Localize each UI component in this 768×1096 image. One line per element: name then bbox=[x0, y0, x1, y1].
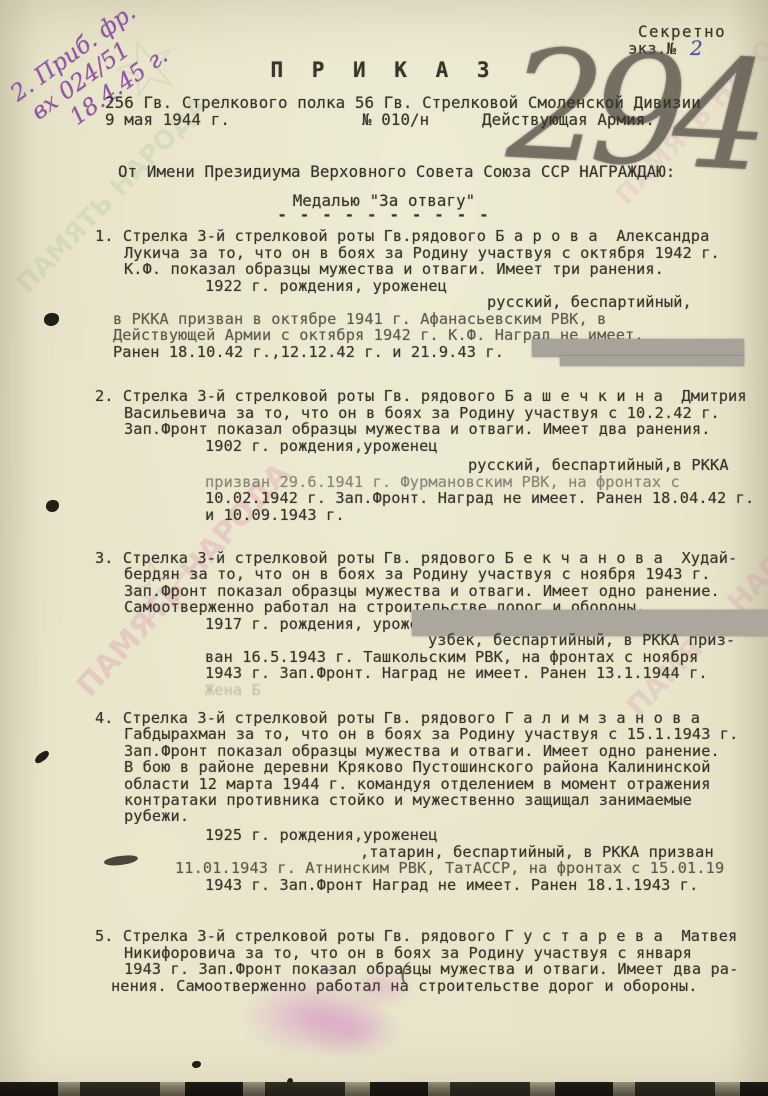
scan-bottom-edge bbox=[0, 1082, 768, 1096]
order-date: 9 мая 1944 г. bbox=[105, 110, 230, 129]
order-title: П Р И К А З bbox=[0, 58, 768, 82]
medal-underline: - - - - - - - - - - bbox=[0, 206, 768, 224]
entry-2-line: 2. Стрелка 3-й стрелковой роты Гв. рядов… bbox=[95, 387, 747, 405]
entry-2-line: 10.02.1942 г. Зап.Фронт. Наград не имеет… bbox=[205, 489, 754, 507]
entry-1-line: Ранен 18.10.42 г.,12.12.42 г. и 21.9.43 … bbox=[113, 343, 504, 361]
entry-3-line: узбек, беспартийный, в РККА приз- bbox=[428, 631, 735, 649]
ink-blot bbox=[192, 1061, 201, 1068]
ink-blot bbox=[104, 854, 139, 867]
entry-4-line: Габдырахман за то, что он в боях за Роди… bbox=[124, 725, 738, 743]
entry-2-line: 1902 г. рождения,уроженец bbox=[205, 437, 438, 455]
ink-stain bbox=[300, 1002, 405, 1060]
entry-4-line: В бою в районе деревни Кряково Пустошинс… bbox=[124, 758, 711, 776]
entry-3-line: бердян за то, что он в боях за Родину уч… bbox=[124, 565, 711, 583]
entry-5-line: 1943 г. Зап.Фронт показал образцы мужест… bbox=[124, 960, 738, 978]
preamble: От Имени Президиума Верховного Совета Со… bbox=[118, 162, 675, 181]
entry-1-line: 1. Стрелка 3-й стрелковой роты Гв.рядово… bbox=[95, 227, 709, 245]
entry-2-line: русский, беспартийный,в РККА bbox=[468, 456, 729, 474]
ink-blot bbox=[33, 750, 51, 765]
entry-1-line: 1922 г. рождения, уроженец bbox=[205, 277, 447, 295]
document-page: ПАМЯТЬ НАРОДА ☆ ПАМЯТЬ НАРОДА ☆ ПАМЯТЬ Н… bbox=[0, 0, 768, 1096]
redaction-block bbox=[560, 356, 744, 366]
entry-4-line: 1943 г. Зап.Фронт Наград не имеет. Ранен… bbox=[205, 876, 698, 894]
entry-3-line: 1943 г. Зап.Фронт. Наград не имеет. Ране… bbox=[205, 664, 708, 682]
entry-4-line: 11.01.1943 г. Атнинским РВК, ТатАССР, на… bbox=[175, 859, 724, 877]
ink-stain-stroke: ( bbox=[400, 958, 409, 986]
entry-2-line: Зап.Фронт показал образцы мужества и отв… bbox=[124, 420, 711, 438]
entry-1-line: русский, беспартийный, bbox=[487, 293, 692, 311]
entry-4-line: 1925 г. рождения,уроженец bbox=[205, 826, 438, 844]
order-number: № 010/н bbox=[362, 110, 429, 129]
entry-4-line: контратаки противника стойко и мужествен… bbox=[124, 791, 692, 809]
entry-1-line: К.Ф. показал образцы мужества и отваги. … bbox=[124, 260, 664, 278]
entry-5-line: 5. Стрелка 3-й стрелковой роты Гв. рядов… bbox=[95, 927, 737, 945]
entry-2-line: и 10.09.1943 г. bbox=[205, 506, 345, 524]
redaction-block bbox=[532, 339, 744, 357]
ink-blot bbox=[44, 313, 59, 326]
ink-blot bbox=[46, 500, 59, 512]
army-line: Действующая Армия. bbox=[482, 110, 655, 129]
entry-4-line: рубежи. bbox=[124, 807, 189, 825]
entry-3-line: 1917 г. рождения, уроженец bbox=[205, 615, 447, 633]
entry-3-faint-fragment: Жена Б bbox=[205, 681, 261, 699]
